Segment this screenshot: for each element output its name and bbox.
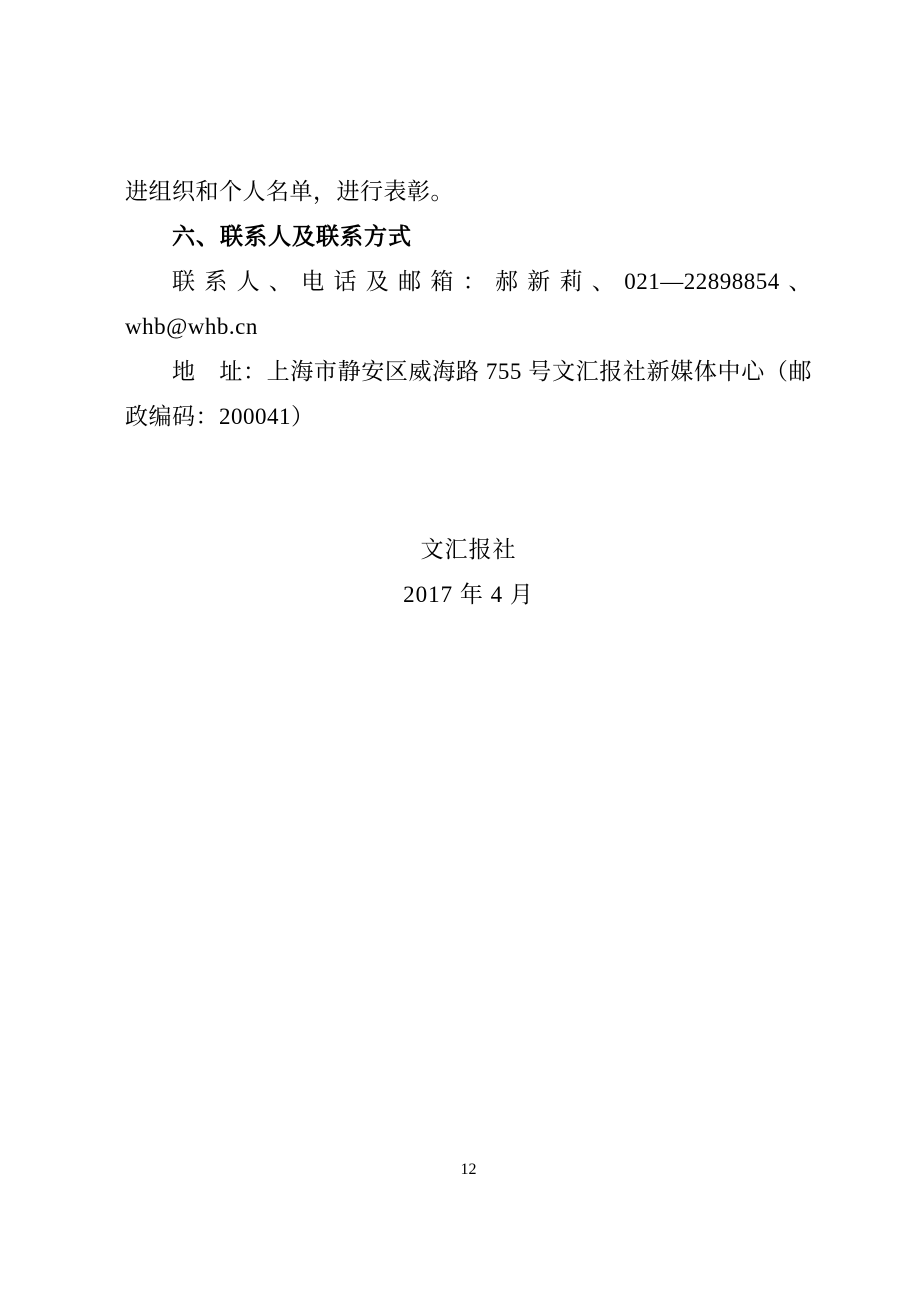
address-line-2: 政编码：200041） xyxy=(125,394,812,439)
closing-block: 文汇报社 2017 年 4 月 xyxy=(125,527,812,617)
page-number: 12 xyxy=(125,1160,812,1180)
signature-date: 2017 年 4 月 xyxy=(125,572,812,617)
paragraph-end-line: 进组织和个人名单，进行表彰。 xyxy=(125,169,812,214)
address-line-1: 地 址：上海市静安区威海路 755 号文汇报社新媒体中心（邮 xyxy=(125,349,812,394)
signature: 文汇报社 xyxy=(125,527,812,572)
document-body: 进组织和个人名单，进行表彰。 六、联系人及联系方式 联系人、电话及邮箱：郝新莉、… xyxy=(125,169,812,439)
document-page: 进组织和个人名单，进行表彰。 六、联系人及联系方式 联系人、电话及邮箱：郝新莉、… xyxy=(0,0,923,1305)
section-heading: 六、联系人及联系方式 xyxy=(125,214,812,259)
contact-line: 联系人、电话及邮箱：郝新莉、021—22898854、whb@whb.cn xyxy=(125,259,812,349)
